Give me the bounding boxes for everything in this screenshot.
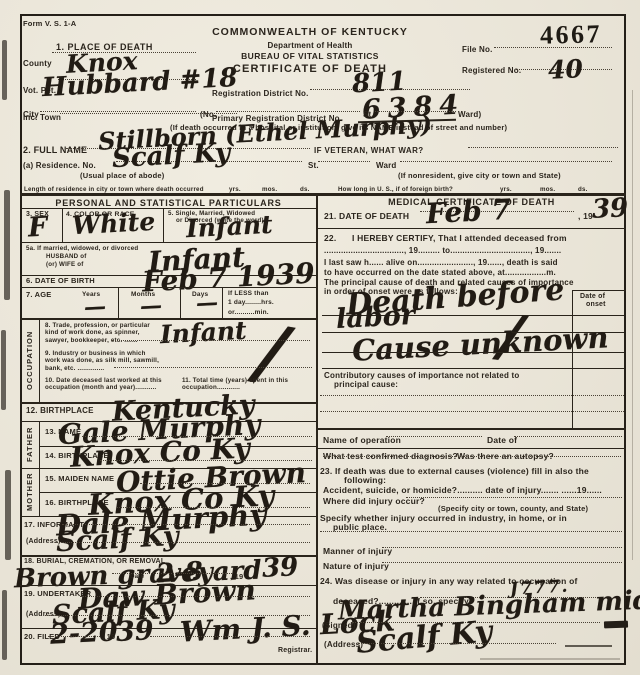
commonwealth-title: COMMONWEALTH OF KENTUCKY xyxy=(205,26,415,38)
date-of-death-year-value: 39 xyxy=(591,193,629,225)
date-of-death-value: Feb 7 xyxy=(425,193,512,230)
reg-district-label: Registration District No. xyxy=(212,89,309,98)
scan-edge-mark xyxy=(2,590,7,660)
cell-divider xyxy=(222,287,223,318)
city-ward-label: Ward) xyxy=(458,110,481,119)
birthplace-label: 12. BIRTHPLACE xyxy=(26,406,94,415)
scan-edge-mark xyxy=(5,470,11,560)
husband-of-label-2: HUSBAND of xyxy=(46,253,87,260)
date-of-onset-label-1: Date of xyxy=(580,293,605,301)
date-of-death-label: 21. DATE OF DEATH xyxy=(324,211,409,221)
dotted-rule xyxy=(112,340,310,341)
dotted-rule xyxy=(386,436,482,437)
occupation-side-label: OCCUPATION xyxy=(21,318,38,402)
full-name-label: 2. FULL NAME xyxy=(23,145,87,156)
dotted-rule xyxy=(114,367,312,368)
county-label: County xyxy=(23,59,52,68)
cell-divider xyxy=(62,208,63,242)
ink-blot xyxy=(604,621,628,629)
dotted-rule xyxy=(320,411,624,412)
cause-of-death-line-2: labor xyxy=(335,300,415,335)
dotted-rule xyxy=(358,643,556,644)
industry-label: 9. Industry or business in which work wa… xyxy=(45,350,159,372)
pen-mark xyxy=(565,645,612,647)
dotted-rule xyxy=(468,147,618,148)
cell-divider xyxy=(118,287,119,318)
row-rule xyxy=(20,242,317,243)
age-days-value: — xyxy=(195,289,218,316)
cell-divider xyxy=(180,287,181,318)
dotted-rule xyxy=(320,395,624,396)
scan-edge-line xyxy=(632,90,633,560)
dotted-rule xyxy=(382,547,622,548)
date-of-birth-label: 6. DATE OF BIRTH xyxy=(26,277,95,286)
burial-year-value: 39 xyxy=(261,552,299,584)
age-years-value: — xyxy=(83,293,106,320)
cause-rule xyxy=(322,368,624,369)
onset-box-left xyxy=(572,290,573,428)
residence-value: Scalf Ky xyxy=(111,138,231,174)
scan-edge-mark xyxy=(4,190,10,300)
less-than-label-1: If LESS than xyxy=(228,290,269,298)
scan-edge-mark xyxy=(2,40,7,100)
contributory-label-2: principal cause: xyxy=(334,380,398,389)
dotted-rule xyxy=(55,542,310,543)
dotted-rule xyxy=(494,47,612,48)
scan-smudge xyxy=(480,658,620,660)
last-worked-label: 10. Date deceased last worked at this oc… xyxy=(45,377,163,392)
cause-rule xyxy=(322,352,624,353)
nonresident-note: (If nonresident, give city or town and S… xyxy=(398,172,561,181)
abode-note: (Usual place of abode) xyxy=(80,172,164,181)
row-rule xyxy=(317,448,626,449)
certify-item-number: 22. xyxy=(324,233,336,243)
city-no-label: (No. xyxy=(200,110,216,119)
registered-no-value: 40 xyxy=(547,54,583,85)
row-rule xyxy=(20,287,317,288)
age-months-value: — xyxy=(139,292,162,319)
mother-side-label: MOTHER xyxy=(21,468,38,516)
section-rule xyxy=(317,428,626,430)
certify-line-2: ................................., 19...… xyxy=(324,246,561,255)
department-subtitle: Department of Health xyxy=(205,41,415,50)
filed-year-label: , 19 xyxy=(102,633,115,642)
date-of-death-year-label: , 19 xyxy=(578,211,593,221)
father-side-label: FATHER xyxy=(21,421,38,468)
row-rule xyxy=(317,228,626,229)
residence-st-label: St. xyxy=(308,161,319,170)
external-causes-label-2: following: xyxy=(344,475,386,485)
dotted-rule xyxy=(216,111,360,112)
onset-box-top xyxy=(572,290,626,291)
dotted-rule xyxy=(320,531,622,532)
husband-of-label: 5a. If married, widowed, or divorced xyxy=(26,245,138,252)
scan-edge-mark xyxy=(1,330,6,410)
death-certificate-scan: Form V. S. 1-A 1. PLACE OF DEATH County … xyxy=(0,0,640,675)
dotted-rule xyxy=(514,436,622,437)
dotted-rule xyxy=(323,456,621,457)
dotted-rule xyxy=(406,497,622,498)
dotted-rule xyxy=(382,562,622,563)
residence-label: (a) Residence. No. xyxy=(23,161,96,170)
dotted-rule xyxy=(40,111,196,112)
cell-divider xyxy=(39,318,40,402)
residence-ward-label: Ward xyxy=(376,161,397,170)
dotted-rule xyxy=(150,636,310,637)
sex-value: F xyxy=(27,212,48,244)
marital-value: Infant xyxy=(185,210,273,243)
file-no-label: File No. xyxy=(462,45,493,54)
race-value: White xyxy=(71,207,156,240)
date-of-onset-label-2: onset xyxy=(586,301,606,309)
city-label: City xyxy=(23,110,39,119)
informant-address-value: Scalf Ky xyxy=(55,521,179,558)
signed-label: (Signed) xyxy=(322,621,356,630)
dotted-rule xyxy=(112,573,232,574)
nature-of-injury-label: Nature of injury xyxy=(323,561,389,571)
dotted-rule xyxy=(48,636,100,637)
less-than-label-2: 1 day........hrs. xyxy=(228,299,274,307)
registered-no-label: Registered No. xyxy=(462,66,521,75)
dotted-rule xyxy=(318,161,370,162)
age-label: 7. AGE xyxy=(26,291,52,300)
mother-maiden-label: 15. MAIDEN NAME xyxy=(45,475,114,484)
veteran-label: IF VETERAN, WHAT WAR? xyxy=(314,146,424,155)
section-divider xyxy=(20,193,626,196)
accident-suicide-label: Accident, suicide, or homicide?.........… xyxy=(323,485,602,495)
cell-divider xyxy=(163,208,164,242)
certify-line-3: I last saw h...... alive on.............… xyxy=(324,258,558,267)
bureau-subtitle: BUREAU OF VITAL STATISTICS xyxy=(205,51,415,61)
form-code: Form V. S. 1-A xyxy=(23,20,76,29)
dotted-rule xyxy=(400,161,612,162)
trade-value: Infant xyxy=(159,316,247,349)
certify-line-1: I HEREBY CERTIFY, That I attended deceas… xyxy=(352,233,567,243)
operation-date-label: Date of xyxy=(487,435,517,445)
husband-of-label-3: (or) WIFE of xyxy=(46,261,83,268)
filed-year-value: 39 xyxy=(115,615,154,648)
registrar-label: Registrar. xyxy=(278,647,312,655)
